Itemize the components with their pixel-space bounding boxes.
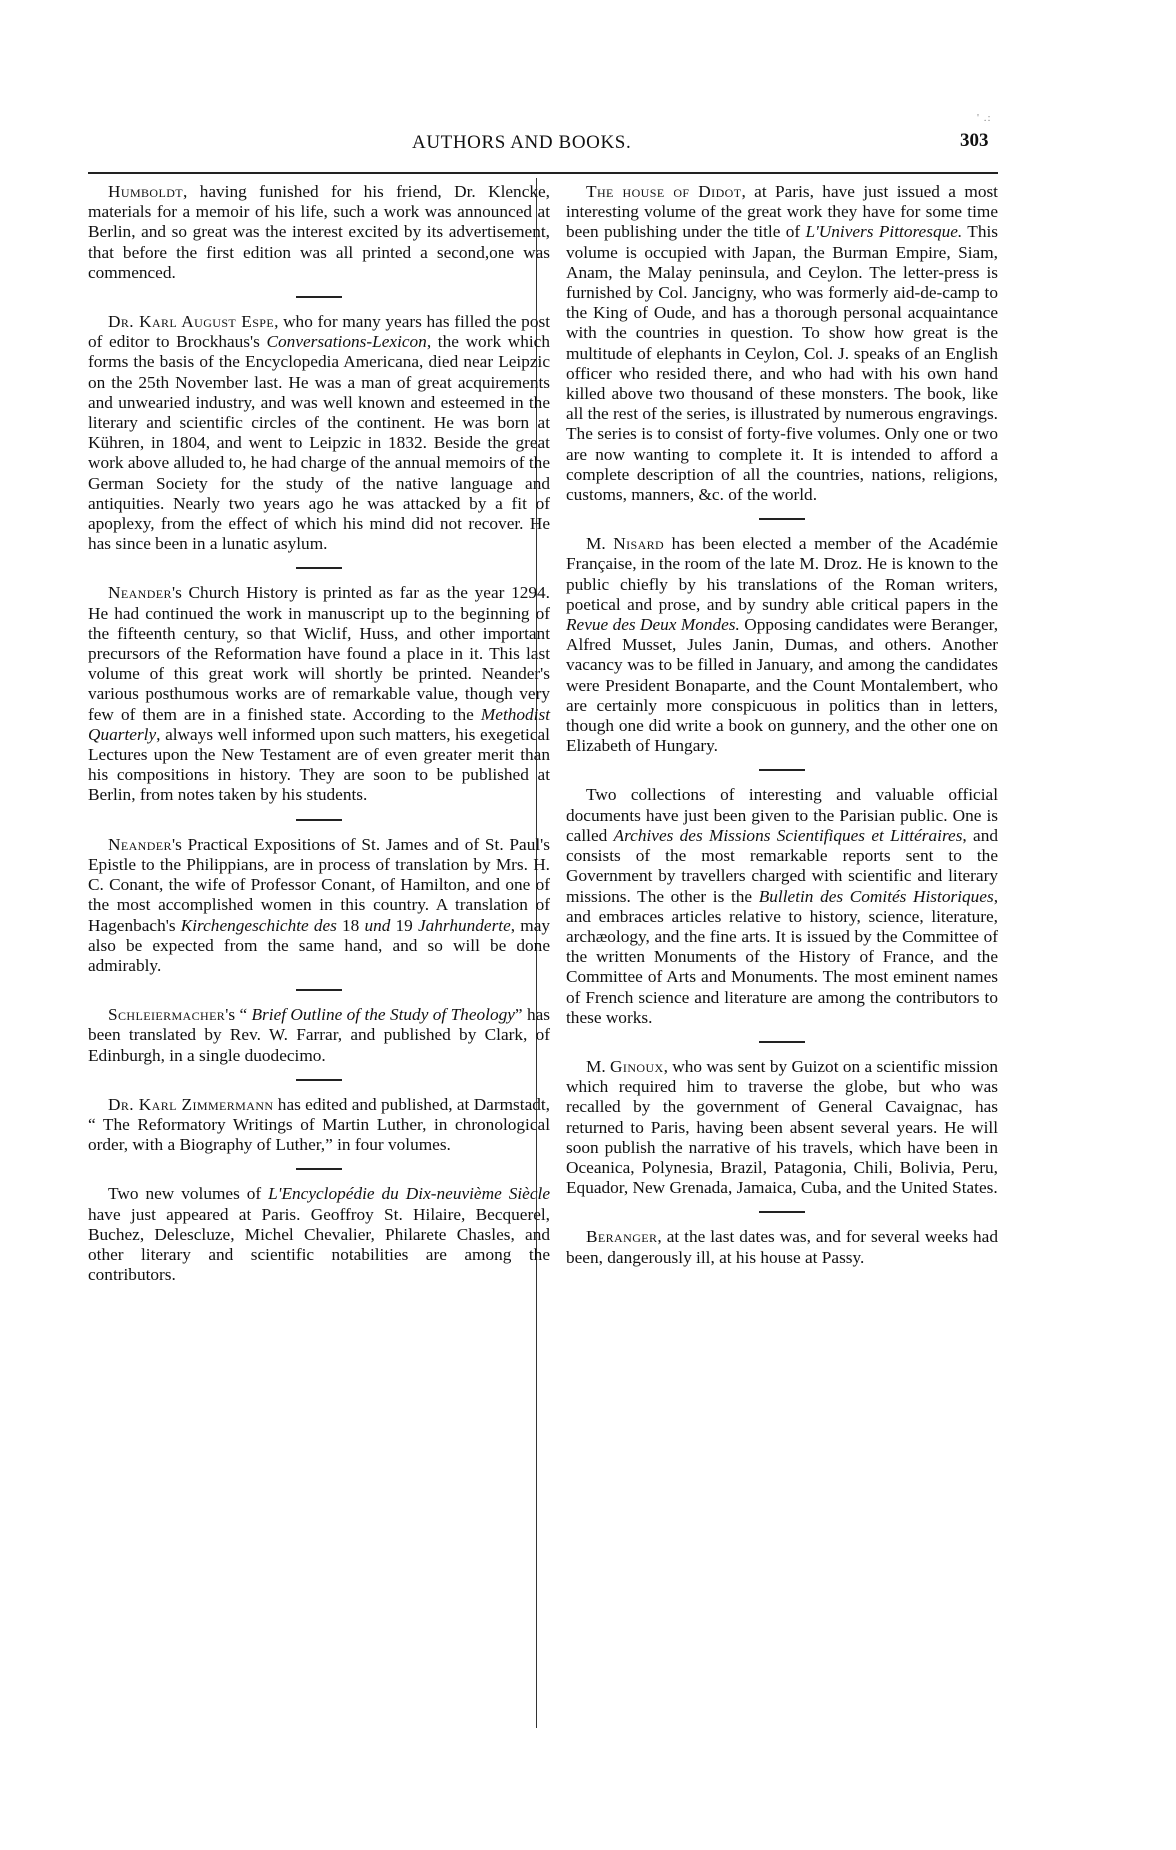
article-body: , always well informed upon such matters… <box>88 725 550 805</box>
article-lead: Neander <box>108 583 172 602</box>
article-italic: L'Encyclopédie du Dix-neuvième Siècle <box>268 1184 550 1203</box>
page-number: 303 <box>960 130 989 152</box>
article-didot: The house of Didot, at Paris, have just … <box>566 182 998 505</box>
section-rule <box>759 1041 805 1043</box>
article-italic: Conversations-Lexicon <box>267 332 427 351</box>
article-espe: Dr. Karl August Espe, who for many years… <box>88 312 550 554</box>
section-rule <box>759 1211 805 1213</box>
article-body: , who was sent by Guizot on a scientific… <box>566 1057 998 1197</box>
article-prefix: M. <box>586 534 613 553</box>
article-body: Two new volumes of <box>108 1184 268 1203</box>
article-italic: Revue des Deux Mondes. <box>566 615 740 634</box>
article-lead: Dr. Karl Zimmermann <box>108 1095 273 1114</box>
section-rule <box>296 819 342 821</box>
article-body: 18 <box>337 916 365 935</box>
article-lead: Neander <box>108 835 172 854</box>
article-body: 's Church History is printed as far as t… <box>88 583 550 723</box>
section-rule <box>296 1168 342 1170</box>
article-lead: Nisard <box>613 534 664 553</box>
section-rule <box>296 1079 342 1081</box>
section-rule <box>759 769 805 771</box>
article-body: , the work which forms the basis of the … <box>88 332 550 553</box>
article-encyclopedie: Two new volumes of L'Encyclopédie du Dix… <box>88 1184 550 1285</box>
article-body: 's “ <box>225 1005 251 1024</box>
article-schleiermacher: Schleiermacher's “ Brief Outline of the … <box>88 1005 550 1066</box>
left-column: Humboldt, having funished for his friend… <box>88 182 550 1285</box>
article-lead: Humboldt <box>108 182 183 201</box>
article-italic: Bulletin des Comités Historiques <box>759 887 994 906</box>
article-ginoux: M. Ginoux, who was sent by Guizot on a s… <box>566 1057 998 1198</box>
running-title: AUTHORS AND BOOKS. <box>412 132 631 154</box>
article-body: Opposing candidates were Beranger, Alfre… <box>566 615 998 755</box>
article-neander-history: Neander's Church History is printed as f… <box>88 583 550 805</box>
article-lead: Beranger <box>586 1227 657 1246</box>
article-collections: Two collections of interesting and valua… <box>566 785 998 1027</box>
scan-artifact-mark: ' .: <box>977 112 992 124</box>
article-nisard: M. Nisard has been elected a member of t… <box>566 534 998 756</box>
section-rule <box>296 567 342 569</box>
article-lead: Schleiermacher <box>108 1005 225 1024</box>
article-italic: Kirchengeschichte des <box>181 916 337 935</box>
section-rule <box>296 296 342 298</box>
article-prefix: M. <box>586 1057 610 1076</box>
article-italic: Jahrhunderte <box>418 916 511 935</box>
section-rule <box>296 989 342 991</box>
article-neander-expositions: Neander's Practical Expositions of St. J… <box>88 835 550 976</box>
article-italic: Archives des Missions Scientifiques et L… <box>614 826 963 845</box>
article-lead: Dr. Karl August Espe <box>108 312 274 331</box>
article-italic: L'Univers Pittoresque. <box>805 222 962 241</box>
article-zimmermann: Dr. Karl Zimmermann has edited and publi… <box>88 1095 550 1156</box>
article-humboldt: Humboldt, having funished for his friend… <box>88 182 550 283</box>
article-italic: und <box>364 916 390 935</box>
article-body: have just appeared at Paris. Geoffroy St… <box>88 1205 550 1285</box>
article-beranger: Beranger, at the last dates was, and for… <box>566 1227 998 1267</box>
article-body: 19 <box>390 916 418 935</box>
article-body: This volume is occupied with Japan, the … <box>566 222 998 504</box>
article-body: , and embraces articles relative to hist… <box>566 887 998 1027</box>
right-column: The house of Didot, at Paris, have just … <box>566 182 998 1268</box>
book-page: ' .: AUTHORS AND BOOKS. 303 Humboldt, ha… <box>0 0 1176 1850</box>
article-italic: Brief Outline of the Study of Theology <box>252 1005 515 1024</box>
running-header: AUTHORS AND BOOKS. 303 <box>0 132 1176 162</box>
section-rule <box>759 518 805 520</box>
article-lead: Ginoux <box>610 1057 664 1076</box>
header-rule <box>88 172 998 174</box>
article-lead: The house of Didot <box>586 182 741 201</box>
